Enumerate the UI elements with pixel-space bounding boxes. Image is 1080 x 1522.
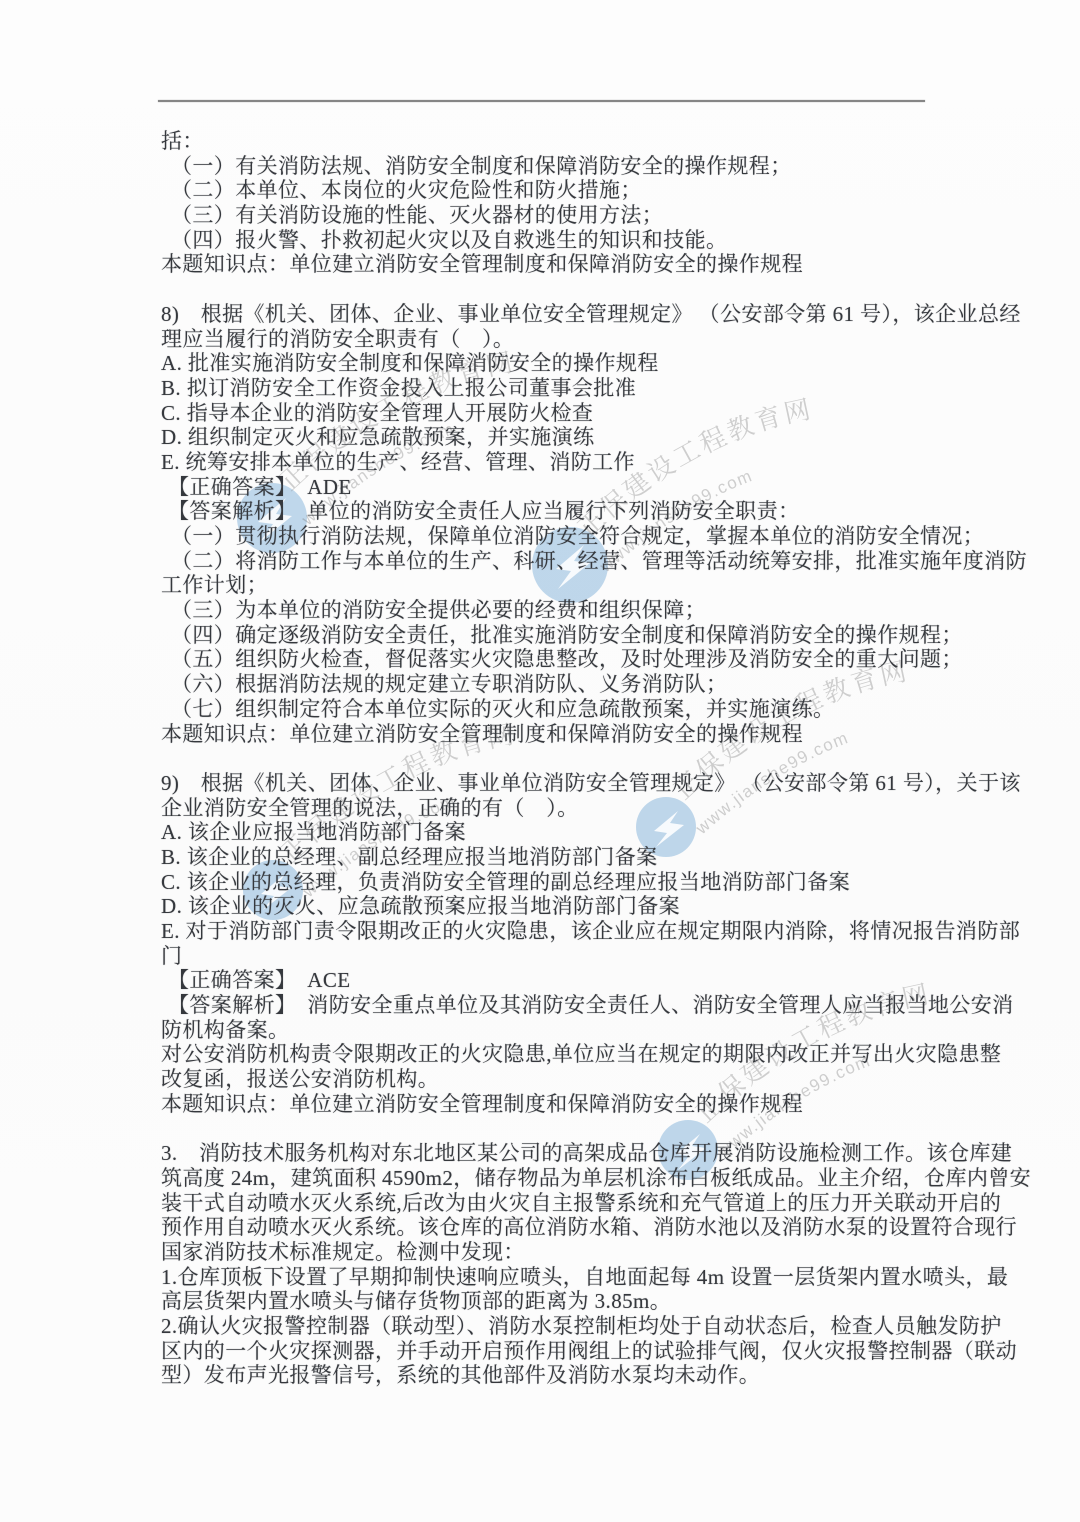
question-9-stem-line-2: 企业消防安全管理的说法，正确的有（ ）。 xyxy=(161,796,939,821)
section-divider-line xyxy=(158,100,925,102)
knowledge-point-line: 本题知识点：单位建立消防安全管理制度和保障消防安全的操作规程 xyxy=(161,252,939,277)
case-3-finding-2-line-2: 区内的一个火灾探测器，并手动开启预作用阀组上的试验排气阀，仅火灾报警控制器（联动 xyxy=(161,1339,939,1364)
analysis-duty-2-line-1: （二）将消防工作与本单位的生产、科研、经营、管理等活动统筹安排，批准实施年度消防 xyxy=(161,549,939,574)
question-8-analysis-heading: 【答案解析】 单位的消防安全责任人应当履行下列消防安全职责： xyxy=(161,499,939,524)
question-8-option-a: A. 批准实施消防安全制度和保障消防安全的操作规程 xyxy=(161,351,939,376)
analysis-duty-1: （一）贯彻执行消防法规，保障单位消防安全符合规定，掌握本单位的消防安全情况； xyxy=(161,524,939,549)
analysis-duty-4: （四）确定逐级消防安全责任，批准实施消防安全制度和保障消防安全的操作规程； xyxy=(161,623,939,648)
case-3-intro-line-2: 筑高度 24m，建筑面积 4590m2，储存物品为单层机涂布白板纸成品。业主介绍… xyxy=(161,1166,939,1191)
analysis-duty-6: （六）根据消防法规的规定建立专职消防队、义务消防队； xyxy=(161,672,939,697)
analysis-duty-2-line-2: 工作计划； xyxy=(161,573,939,598)
question-8-option-d: D. 组织制定灭火和应急疏散预案，并实施演练 xyxy=(161,425,939,450)
recap-lead-line: 括： xyxy=(161,129,939,154)
knowledge-point-line: 本题知识点：单位建立消防安全管理制度和保障消防安全的操作规程 xyxy=(161,722,939,747)
case-3-finding-1-line-1: 1.仓库顶板下设置了早期抑制快速响应喷头，自地面起每 4m 设置一层货架内置水喷… xyxy=(161,1265,939,1290)
recap-item-2: （二）本单位、本岗位的火灾危险性和防火措施； xyxy=(161,178,939,203)
question-9-option-e-line-2: 门 xyxy=(161,944,939,969)
case-study-3-block: 3. 消防技术服务机构对东北地区某公司的高架成品仓库开展消防设施检测工作。该仓库… xyxy=(161,1141,939,1388)
question-8-stem-line-1: 8) 根据《机关、团体、企业、事业单位安全管理规定》 （公安部令第 61 号），… xyxy=(161,302,939,327)
recap-item-3: （三）有关消防设施的性能、灭火器材的使用方法； xyxy=(161,203,939,228)
question-9-option-a: A. 该企业应报当地消防部门备案 xyxy=(161,820,939,845)
case-3-intro-line-3: 装干式自动喷水灭火系统,后改为由火灾自主报警系统和充气管道上的压力开关联动开启的 xyxy=(161,1191,939,1216)
document-text: 括： （一）有关消防法规、消防安全制度和保障消防安全的操作规程； （二）本单位、… xyxy=(161,129,939,1388)
question-8-option-c: C. 指导本企业的消防安全管理人开展防火检查 xyxy=(161,401,939,426)
question-9-analysis-line-3: 对公安消防机构责令限期改正的火灾隐患,单位应当在规定的期限内改正并写出火灾隐患整 xyxy=(161,1042,939,1067)
question-8-correct-answer: 【正确答案】 ADE xyxy=(161,475,939,500)
case-3-intro-line-1: 3. 消防技术服务机构对东北地区某公司的高架成品仓库开展消防设施检测工作。该仓库… xyxy=(161,1141,939,1166)
question-8-option-e: E. 统筹安排本单位的生产、经营、管理、消防工作 xyxy=(161,450,939,475)
scanned-exam-page: 正保建设工程教育网 www.jianshe99.com 正保建设工程教育网 ww… xyxy=(0,0,1080,1522)
question-9-option-e-line-1: E. 对于消防部门责令限期改正的火灾隐患，该企业应在规定期限内消除，将情况报告消… xyxy=(161,919,939,944)
question-9-stem-line-1: 9) 根据《机关、团体、企业、事业单位消防安全管理规定》 （公安部令第 61 号… xyxy=(161,771,939,796)
question-9-analysis-line-1: 【答案解析】 消防安全重点单位及其消防安全责任人、消防安全管理人应当报当地公安消 xyxy=(161,993,939,1018)
question-9-option-d: D. 该企业的灭火、应急疏散预案应报当地消防部门备案 xyxy=(161,894,939,919)
question-9-option-c: C. 该企业的总经理，负责消防安全管理的副总经理应报当地消防部门备案 xyxy=(161,870,939,895)
case-3-intro-line-4: 预作用自动喷水灭火系统。该仓库的高位消防水箱、消防水池以及消防水泵的设置符合现行 xyxy=(161,1215,939,1240)
case-3-intro-line-5: 国家消防技术标准规定。检测中发现： xyxy=(161,1240,939,1265)
question-9-option-b: B. 该企业的总经理、副总经理应报当地消防部门备案 xyxy=(161,845,939,870)
knowledge-recap-block: 括： （一）有关消防法规、消防安全制度和保障消防安全的操作规程； （二）本单位、… xyxy=(161,129,939,277)
question-8-option-b: B. 拟订消防安全工作资金投入上报公司董事会批准 xyxy=(161,376,939,401)
analysis-duty-3: （三）为本单位的消防安全提供必要的经费和组织保障； xyxy=(161,598,939,623)
question-9-correct-answer: 【正确答案】 ACE xyxy=(161,968,939,993)
recap-item-4: （四）报火警、扑救初起火灾以及自救逃生的知识和技能。 xyxy=(161,228,939,253)
analysis-duty-5: （五）组织防火检查，督促落实火灾隐患整改，及时处理涉及消防安全的重大问题； xyxy=(161,647,939,672)
question-9-block: 9) 根据《机关、团体、企业、事业单位消防安全管理规定》 （公安部令第 61 号… xyxy=(161,771,939,1117)
question-9-analysis-line-2: 防机构备案。 xyxy=(161,1018,939,1043)
question-8-stem-line-2: 理应当履行的消防安全职责有（ ）。 xyxy=(161,327,939,352)
question-9-analysis-line-4: 改复函，报送公安消防机构。 xyxy=(161,1067,939,1092)
question-8-block: 8) 根据《机关、团体、企业、事业单位安全管理规定》 （公安部令第 61 号），… xyxy=(161,302,939,746)
case-3-finding-2-line-1: 2.确认火灾报警控制器（联动型）、消防水泵控制柜均处于自动状态后，检查人员触发防… xyxy=(161,1314,939,1339)
recap-item-1: （一）有关消防法规、消防安全制度和保障消防安全的操作规程； xyxy=(161,154,939,179)
analysis-duty-7: （七）组织制定符合本单位实际的灭火和应急疏散预案，并实施演练。 xyxy=(161,697,939,722)
knowledge-point-line: 本题知识点：单位建立消防安全管理制度和保障消防安全的操作规程 xyxy=(161,1092,939,1117)
case-3-finding-1-line-2: 高层货架内置水喷头与储存货物顶部的距离为 3.85m。 xyxy=(161,1289,939,1314)
case-3-finding-2-line-3: 型）发布声光报警信号，系统的其他部件及消防水泵均未动作。 xyxy=(161,1363,939,1388)
